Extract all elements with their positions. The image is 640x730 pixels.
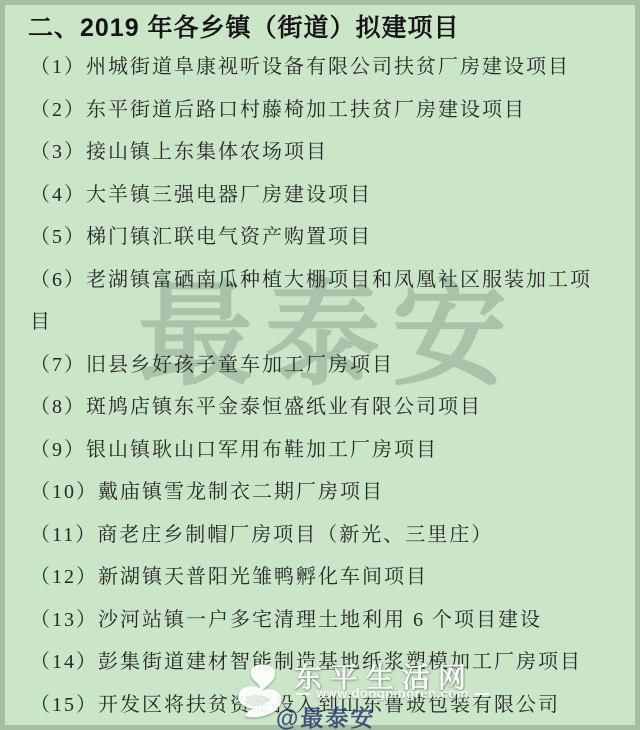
list-item: （4）大羊镇三强电器厂房建设项目 [30, 174, 608, 217]
list-item: （1）州城街道阜康视听设备有限公司扶贫厂房建设项目 [30, 46, 608, 89]
item-text: 接山镇上东集体农场项目 [86, 141, 328, 163]
list-item: （13）沙河站镇一户多宅清理土地利用 6 个项目建设 [30, 599, 608, 642]
item-text: 斑鸠店镇东平金泰恒盛纸业有限公司项目 [86, 396, 482, 418]
item-number: （13） [30, 609, 98, 631]
item-number: （4） [30, 184, 86, 206]
item-number: （1） [30, 56, 86, 78]
item-text: 大羊镇三强电器厂房建设项目 [86, 184, 372, 206]
item-number: （6） [30, 269, 86, 291]
page-title: 二、2019 年各乡镇（街道）拟建项目 [28, 8, 460, 44]
divider-line [475, 693, 489, 695]
divider-line [296, 693, 310, 695]
site-logo: 东平生活网 www.dongpingren.com @最泰安 [228, 644, 518, 730]
list-item: （2）东平街道后路口村藤椅加工扶贫厂房建设项目 [30, 89, 608, 132]
item-text: 戴庙镇雪龙制衣二期厂房项目 [98, 481, 384, 503]
project-list: （1）州城街道阜康视听设备有限公司扶贫厂房建设项目 （2）东平街道后路口村藤椅加… [30, 46, 608, 726]
list-item: （5）梯门镇汇联电气资产购置项目 [30, 216, 608, 259]
item-number: （5） [30, 226, 86, 248]
list-item: （11）商老庄乡制帽厂房项目（新光、三里庄） [30, 514, 608, 557]
list-item: （8）斑鸠店镇东平金泰恒盛纸业有限公司项目 [30, 386, 608, 429]
item-text: 梯门镇汇联电气资产购置项目 [86, 226, 372, 248]
item-number: （15） [30, 694, 98, 716]
item-number: （12） [30, 566, 98, 588]
list-item: （6）老湖镇富硒南瓜种植大棚项目和凤凰社区服装加工项目 [30, 259, 608, 344]
item-text: 银山镇耿山口军用布鞋加工厂房项目 [86, 439, 438, 461]
item-text: 老湖镇富硒南瓜种植大棚项目和凤凰社区服装加工项目 [30, 269, 592, 334]
site-url-row: www.dongpingren.com [296, 686, 501, 701]
item-text: 商老庄乡制帽厂房项目（新光、三里庄） [97, 524, 493, 546]
item-number: （7） [30, 354, 86, 376]
document-page: 最泰安 二、2019 年各乡镇（街道）拟建项目 （1）州城街道阜康视听设备有限公… [0, 0, 640, 730]
list-item: （12）新湖镇天普阳光雏鸭孵化车间项目 [30, 556, 608, 599]
list-item: （7）旧县乡好孩子童车加工厂房项目 [30, 344, 608, 387]
site-url-text: www.dongpingren.com [316, 686, 469, 701]
item-text: 沙河站镇一户多宅清理土地利用 6 个项目建设 [98, 609, 542, 631]
item-text: 新湖镇天普阳光雏鸭孵化车间项目 [98, 566, 428, 588]
list-item: （9）银山镇耿山口军用布鞋加工厂房项目 [30, 429, 608, 472]
item-text: 旧县乡好孩子童车加工厂房项目 [86, 354, 394, 376]
list-item: （3）接山镇上东集体农场项目 [30, 131, 608, 174]
item-text: 州城街道阜康视听设备有限公司扶贫厂房建设项目 [86, 56, 570, 78]
item-number: （2） [30, 99, 86, 121]
item-number: （10） [30, 481, 98, 503]
item-text: 东平街道后路口村藤椅加工扶贫厂房建设项目 [86, 99, 526, 121]
item-number: （14） [30, 651, 98, 673]
item-number: （8） [30, 396, 86, 418]
item-number: （9） [30, 439, 86, 461]
list-item: （10）戴庙镇雪龙制衣二期厂房项目 [30, 471, 608, 514]
watermark-handle-text: @最泰安 [276, 700, 375, 730]
item-number: （3） [30, 141, 86, 163]
item-number: （11） [30, 524, 97, 546]
